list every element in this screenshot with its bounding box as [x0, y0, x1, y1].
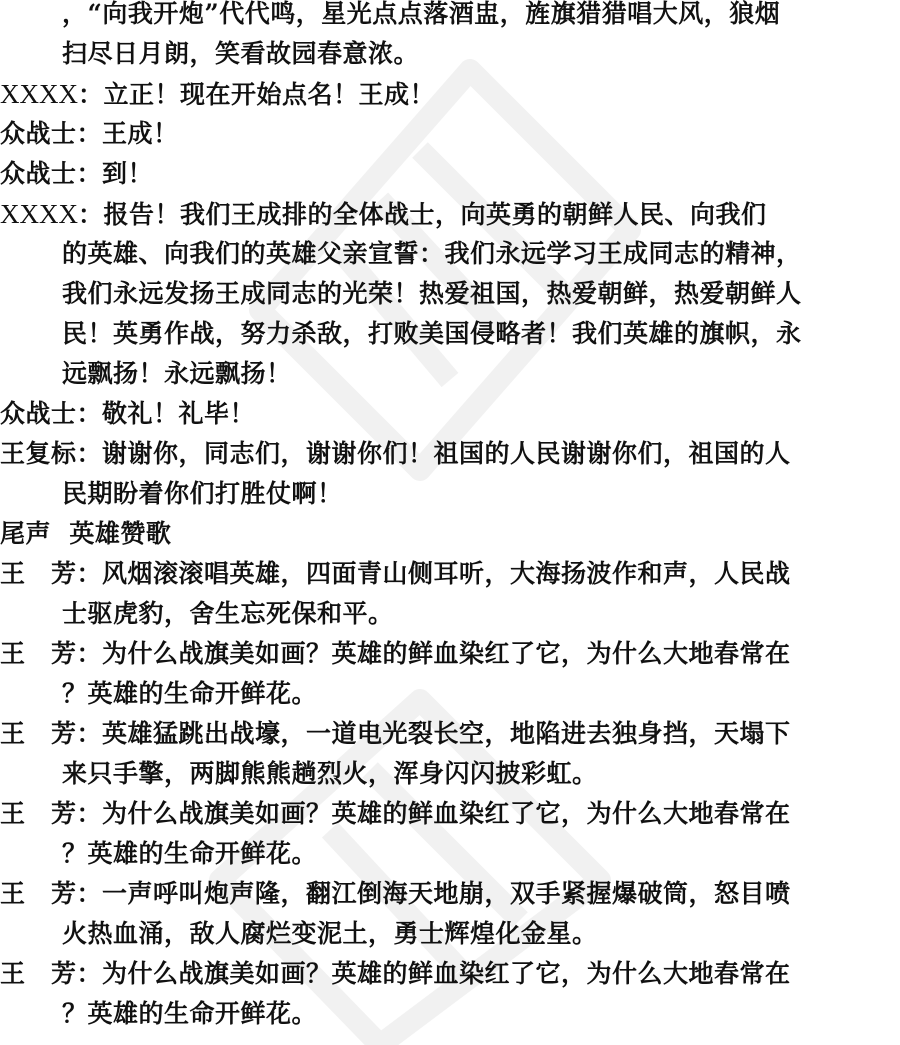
speaker-label: 众战士 — [0, 399, 77, 428]
speaker-separator: ： — [77, 159, 103, 188]
speaker-label: 王 芳 — [0, 639, 77, 668]
line-text: 敬礼！礼毕！ — [102, 399, 255, 428]
line-text: 报告！我们王成排的全体战士，向英勇的朝鲜人民、向我们 — [104, 200, 767, 229]
line-text: 扫尽日月朗，笑看故园春意浓。 — [62, 39, 419, 68]
text-line: 众战士：到！ — [0, 154, 880, 194]
line-text: 为什么战旗美如画？英雄的鲜血染红了它，为什么大地春常在 — [102, 799, 791, 828]
line-text: 英雄猛跳出战壕，一道电光裂长空，地陷进去独身挡，天塌下 — [102, 719, 791, 748]
text-line: 王 芳：风烟滚滚唱英雄，四面青山侧耳听，大海扬波作和声，人民战 — [0, 554, 880, 594]
speaker-separator: ： — [77, 719, 103, 748]
speaker-separator: ： — [77, 799, 103, 828]
text-line: 民！英勇作战，努力杀敌，打败美国侵略者！我们英雄的旗帜，永 — [0, 314, 880, 354]
line-text: 的英雄、向我们的英雄父亲宣誓：我们永远学习王成同志的精神， — [62, 239, 802, 268]
speaker-separator: ： — [77, 959, 103, 988]
line-text: 民期盼着你们打胜仗啊！ — [62, 479, 343, 508]
speaker-separator: ： — [78, 200, 104, 229]
line-text: 为什么战旗美如画？英雄的鲜血染红了它，为什么大地春常在 — [102, 959, 791, 988]
text-line: ，“向我开炮”代代鸣，星光点点落酒盅，旌旗猎猎唱大风，狼烟 — [0, 0, 880, 34]
line-text: ？英雄的生命开鲜花。 — [62, 679, 317, 708]
line-text: 一声呼叫炮声隆，翻江倒海天地崩，双手紧握爆破筒，怒目喷 — [102, 879, 791, 908]
speaker-separator: ： — [77, 639, 103, 668]
text-line: ？英雄的生命开鲜花。 — [0, 674, 880, 714]
line-text: 来只手擎，两脚熊熊趟烈火，浑身闪闪披彩虹。 — [62, 759, 598, 788]
line-text: 士驱虎豹，舍生忘死保和平。 — [62, 599, 394, 628]
text-line: 来只手擎，两脚熊熊趟烈火，浑身闪闪披彩虹。 — [0, 754, 880, 794]
text-line: ？英雄的生命开鲜花。 — [0, 994, 880, 1034]
line-text: 谢谢你，同志们，谢谢你们！祖国的人民谢谢你们，祖国的人 — [102, 439, 791, 468]
speaker-label: 众战士 — [0, 119, 77, 148]
line-text: 立正！现在开始点名！王成！ — [104, 80, 436, 109]
speaker-label: XXXX — [0, 199, 78, 229]
line-text: 为什么战旗美如画？英雄的鲜血染红了它，为什么大地春常在 — [102, 639, 791, 668]
speaker-label: 王 芳 — [0, 959, 77, 988]
line-text: 到！ — [102, 159, 153, 188]
text-line: 王 芳：为什么战旗美如画？英雄的鲜血染红了它，为什么大地春常在 — [0, 634, 880, 674]
line-text: 远飘扬！永远飘扬！ — [62, 359, 292, 388]
speaker-label: 王 芳 — [0, 879, 77, 908]
speaker-separator: ： — [77, 399, 103, 428]
text-line: XXXX：立正！现在开始点名！王成！ — [0, 74, 880, 114]
line-text: 风烟滚滚唱英雄，四面青山侧耳听，大海扬波作和声，人民战 — [102, 559, 791, 588]
line-text: ？英雄的生命开鲜花。 — [62, 839, 317, 868]
text-line: 火热血涌，敌人腐烂变泥土，勇士辉煌化金星。 — [0, 914, 880, 954]
line-text: 民！英勇作战，努力杀敌，打败美国侵略者！我们英雄的旗帜，永 — [62, 319, 802, 348]
speaker-label: 众战士 — [0, 159, 77, 188]
speaker-label: 王复标 — [0, 439, 77, 468]
text-line: 王 芳：一声呼叫炮声隆，翻江倒海天地崩，双手紧握爆破筒，怒目喷 — [0, 874, 880, 914]
text-line: 我们永远发扬王成同志的光荣！热爱祖国，热爱朝鲜，热爱朝鲜人 — [0, 274, 880, 314]
speaker-separator: ： — [77, 439, 103, 468]
text-line: 扫尽日月朗，笑看故园春意浓。 — [0, 34, 880, 74]
text-line: XXXX：报告！我们王成排的全体战士，向英勇的朝鲜人民、向我们 — [0, 194, 880, 234]
speaker-label: 王 芳 — [0, 719, 77, 748]
line-text: ，“向我开炮”代代鸣，星光点点落酒盅，旌旗猎猎唱大风，狼烟 — [62, 0, 780, 28]
text-line: 的英雄、向我们的英雄父亲宣誓：我们永远学习王成同志的精神， — [0, 234, 880, 274]
text-line: 众战士：敬礼！礼毕！ — [0, 394, 880, 434]
line-text: 王成！ — [102, 119, 179, 148]
text-line: 王 芳：为什么战旗美如画？英雄的鲜血染红了它，为什么大地春常在 — [0, 954, 880, 994]
text-line: 王复标：谢谢你，同志们，谢谢你们！祖国的人民谢谢你们，祖国的人 — [0, 434, 880, 474]
speaker-label: 王 芳 — [0, 559, 77, 588]
line-text: 我们永远发扬王成同志的光荣！热爱祖国，热爱朝鲜，热爱朝鲜人 — [62, 279, 802, 308]
text-line: 王 芳：英雄猛跳出战壕，一道电光裂长空，地陷进去独身挡，天塌下 — [0, 714, 880, 754]
section-heading: 尾声 英雄赞歌 — [0, 514, 880, 554]
speaker-separator: ： — [78, 80, 104, 109]
text-line: 民期盼着你们打胜仗啊！ — [0, 474, 880, 514]
speaker-separator: ： — [77, 559, 103, 588]
text-line: 士驱虎豹，舍生忘死保和平。 — [0, 594, 880, 634]
speaker-separator: ： — [77, 879, 103, 908]
heading-text: 尾声 英雄赞歌 — [0, 519, 171, 548]
speaker-separator: ： — [77, 119, 103, 148]
document-body: ，“向我开炮”代代鸣，星光点点落酒盅，旌旗猎猎唱大风，狼烟 扫尽日月朗，笑看故园… — [0, 0, 880, 1034]
text-line: 王 芳：为什么战旗美如画？英雄的鲜血染红了它，为什么大地春常在 — [0, 794, 880, 834]
line-text: 火热血涌，敌人腐烂变泥土，勇士辉煌化金星。 — [62, 919, 598, 948]
speaker-label: XXXX — [0, 79, 78, 109]
speaker-label: 王 芳 — [0, 799, 77, 828]
text-line: 远飘扬！永远飘扬！ — [0, 354, 880, 394]
line-text: ？英雄的生命开鲜花。 — [62, 999, 317, 1028]
text-line: 众战士：王成！ — [0, 114, 880, 154]
text-line: ？英雄的生命开鲜花。 — [0, 834, 880, 874]
